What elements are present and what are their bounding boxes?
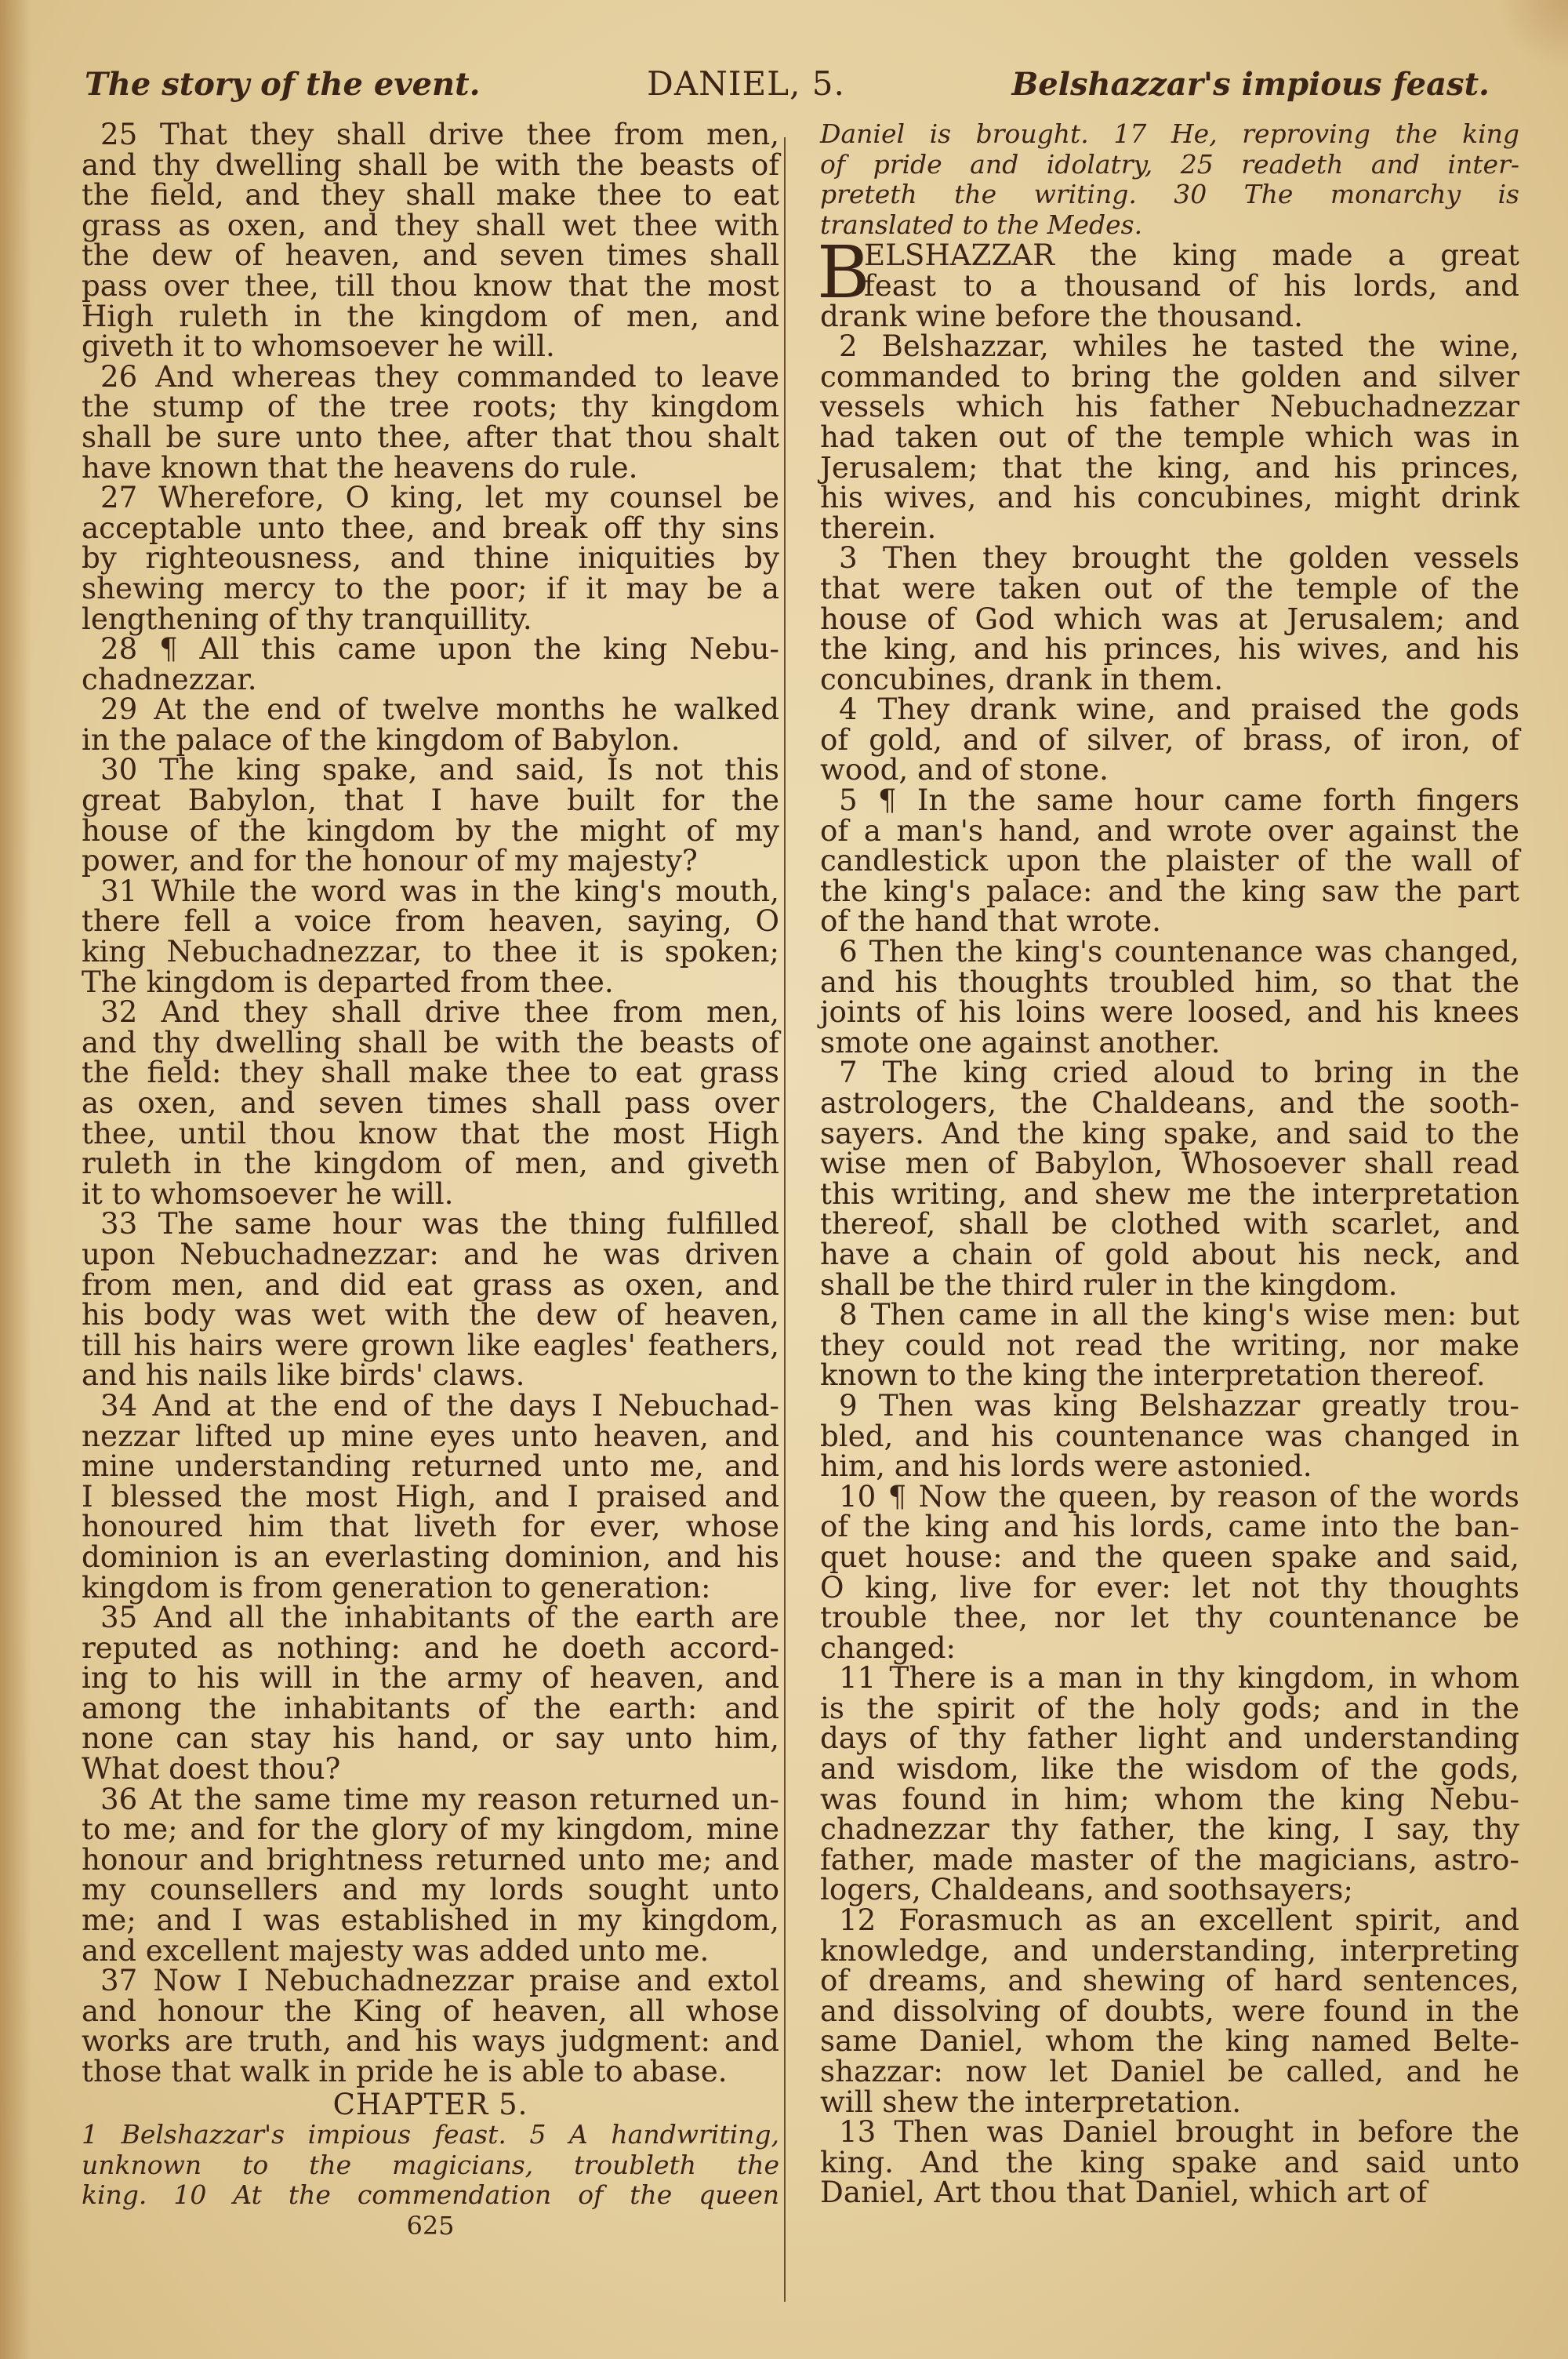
verse-line: the king, and his princes, his wives, an… [820,634,1519,664]
verse-line: have a chain of gold about his neck, and [820,1239,1519,1270]
verse-line: and thy dwelling shall be with the beast… [82,1027,779,1058]
verse-line: father, made master of the magicians, as… [820,1845,1519,1875]
verse-line: 32 And they shall drive thee from men, [82,997,779,1027]
verse-line: astrologers, the Chaldeans, and the soot… [820,1088,1519,1118]
verse-line: 12 Forasmuch as an excellent spirit, and [820,1905,1519,1936]
verse-line: 13 Then was Daniel brought in before the [820,2117,1519,2147]
verse-line: to me; and for the glory of my kingdom, … [82,1814,779,1845]
running-head: The story of the event. DANIEL, 5. Belsh… [85,64,1490,104]
verse-line: those that walk in pride he is able to a… [82,2056,779,2087]
verse-line: O king, live for ever: let not thy thoug… [820,1572,1519,1603]
column-divider [784,137,786,2302]
verse-line: High ruleth in the kingdom of men, and [82,301,779,332]
verse-line: What doest thou? [82,1754,779,1784]
verse-line: same Daniel, whom the king named Belte- [820,2026,1519,2056]
verse-line: ruleth in the kingdom of men, and giveth [82,1148,779,1179]
verse-line: was found in him; whom the king Nebu- [820,1784,1519,1815]
verse-line: nezzar lifted up mine eyes unto heaven, … [82,1421,779,1452]
verse-line: honoured him that liveth for ever, whose [82,1511,779,1542]
verse-line: of the hand that wrote. [820,906,1519,936]
verse-line: by righteousness, and thine iniquities b… [82,543,779,573]
verse-line: upon Nebuchadnezzar: and he was driven [82,1239,779,1270]
summary-line: 1 Belshazzar's impious feast. 5 A handwr… [82,2120,779,2150]
verse-line: ing to his will in the army of heaven, a… [82,1663,779,1693]
verse-line: sayers. And the king spake, and said to … [820,1118,1519,1149]
verse-line: changed: [820,1633,1519,1663]
chapter-summary-start: 1 Belshazzar's impious feast. 5 A handwr… [82,2120,779,2211]
verse-line: of the king and his lords, came into the… [820,1511,1519,1542]
verse-line: logers, Chaldeans, and soothsayers; [820,1874,1519,1905]
summary-line: king. 10 At the commendation of the quee… [82,2180,779,2211]
verse-line: 2 Belshazzar, whiles he tasted the wine, [820,331,1519,362]
verse-line: works are truth, and his ways judgment: … [82,2026,779,2056]
running-head-left: The story of the event. [85,66,481,103]
verse-line: known to the king the interpretation the… [820,1360,1519,1390]
verse-line: 8 Then came in all the king's wise men: … [820,1299,1519,1330]
bible-page: The story of the event. DANIEL, 5. Belsh… [0,0,1568,2359]
verse-line: it to whomsoever he will. [82,1179,779,1209]
verse-line: great Babylon, that I have built for the [82,785,779,816]
summary-line: unknown to the magicians, troubleth the [82,2150,779,2181]
verse-line: in the palace of the kingdom of Babylon. [82,725,779,755]
page-number: 625 [82,2211,779,2241]
verse-line: trouble thee, nor let thy countenance be [820,1602,1519,1633]
verse-line: and wisdom, like the wisdom of the gods, [820,1754,1519,1784]
left-column-text: 25 That they shall drive thee from men,a… [82,119,779,2087]
verse-line: The kingdom is departed from thee. [82,967,779,998]
verse-line: kingdom is from generation to generation… [82,1572,779,1603]
verse-line: king. And the king spake and said unto [820,2147,1519,2178]
verse-line: 11 There is a man in thy kingdom, in who… [820,1663,1519,1693]
verse-line: wood, and of stone. [820,754,1519,785]
verse-line: 25 That they shall drive thee from men, [82,119,779,150]
verse-line: giveth it to whomsoever he will. [82,331,779,362]
verse-line: shewing mercy to the poor; if it may be … [82,573,779,604]
verse-line: the dew of heaven, and seven times shall [82,240,779,271]
verse-line: him, and his lords were astonied. [820,1451,1519,1481]
verse-line: lengthening of thy tranquillity. [82,604,779,634]
verse-line: house of God which was at Jerusalem; and [820,604,1519,634]
verse-line: quet house: and the queen spake and said… [820,1542,1519,1572]
verse-line: thee, until thou know that the most High [82,1118,779,1149]
verse-line: and honour the King of heaven, all whose [82,1996,779,2026]
verse-line: Jerusalem; that the king, and his prince… [820,453,1519,483]
right-column-text: drank wine before the thousand.2 Belshaz… [820,301,1519,2208]
verse-line: 10 ¶ Now the queen, by reason of the wor… [820,1481,1519,1512]
dropcap-lines: ELSHAZZAR the king made a greatfeast to … [820,240,1519,300]
verse-line: my counsellers and my lords sought unto [82,1874,779,1905]
verse-line: chadnezzar thy father, the king, I say, … [820,1814,1519,1845]
verse-line: 4 They drank wine, and praised the gods [820,694,1519,725]
verse-line: grass as oxen, and they shall wet thee w… [82,210,779,241]
verse-line: house of the kingdom by the might of my [82,816,779,846]
verse-line: have known that the heavens do rule. [82,453,779,483]
verse-line: dominion is an everlasting dominion, and… [82,1542,779,1572]
verse-line: they could not read the writing, nor mak… [820,1330,1519,1361]
verse-line: shall be sure unto thee, after that thou… [82,422,779,453]
verse-line: knowledge, and understanding, interpreti… [820,1936,1519,1966]
verse-line: 29 At the end of twelve months he walked [82,694,779,725]
verse-line: 34 And at the end of the days I Nebuchad… [82,1390,779,1421]
running-head-book-chapter: DANIEL, 5. [647,64,845,103]
verse-line: 30 The king spake, and said, Is not this [82,754,779,785]
verse-line: me; and I was established in my kingdom, [82,1905,779,1936]
verse-line: 33 The same hour was the thing fulfilled [82,1209,779,1239]
verse-line: 35 And all the inhabitants of the earth … [82,1602,779,1633]
verse-line: the field: they shall make thee to eat g… [82,1057,779,1088]
verse-line: and his thoughts troubled him, so that t… [820,967,1519,998]
dropcap-line: ELSHAZZAR the king made a great [820,240,1519,271]
verse-line: his body was wet with the dew of heaven, [82,1299,779,1330]
verse-line: pass over thee, till thou know that the … [82,271,779,301]
verse-line: of a man's hand, and wrote over against … [820,816,1519,846]
verse-line: candlestick upon the plaister of the wal… [820,845,1519,876]
verse-line: his wives, and his concubines, might dri… [820,482,1519,513]
summary-line: of pride and idolatry, 25 readeth and in… [820,150,1519,180]
verse-line: and dissolving of doubts, were found in … [820,1996,1519,2026]
verse-line: the field, and they shall make thee to e… [82,180,779,210]
verse-line: will shew the interpretation. [820,2087,1519,2117]
summary-line: preteth the writing. 30 The monarchy is [820,180,1519,210]
verse-line: honour and brightness returned unto me; … [82,1845,779,1875]
verse-line: none can stay his hand, or say unto him, [82,1723,779,1754]
verse-line: wise men of Babylon, Whosoever shall rea… [820,1148,1519,1179]
verse-line: power, and for the honour of my majesty? [82,845,779,876]
verse-line: that were taken out of the temple of the [820,573,1519,604]
verse-line: vessels which his father Nebuchadnezzar [820,391,1519,422]
verse-line: of dreams, and shewing of hard sentences… [820,1965,1519,1996]
chapter-opening: B ELSHAZZAR the king made a greatfeast t… [820,240,1519,300]
verse-line: and his nails like birds' claws. [82,1360,779,1390]
verse-line: joints of his loins were loosed, and his… [820,997,1519,1027]
chapter-heading: CHAPTER 5. [82,2090,779,2121]
verse-line: 6 Then the king's countenance was change… [820,936,1519,967]
verse-line: king Nebuchadnezzar, to thee it is spoke… [82,936,779,967]
verse-line: Daniel, Art thou that Daniel, which art … [820,2177,1519,2208]
verse-line: is the spirit of the holy gods; and in t… [820,1693,1519,1724]
right-column: Daniel is brought. 17 He, reproving the … [820,119,1519,2208]
paper-stain [1497,0,1568,71]
verse-line: reputed as nothing: and he doeth accord- [82,1633,779,1663]
verse-line: 37 Now I Nebuchadnezzar praise and extol [82,1965,779,1996]
chapter-summary-continued: Daniel is brought. 17 He, reproving the … [820,119,1519,240]
dropcap-line: feast to a thousand of his lords, and [820,271,1519,301]
summary-line: translated to the Medes. [820,210,1519,241]
verse-line: 26 And whereas they commanded to leave [82,362,779,392]
verse-line: 3 Then they brought the golden vessels [820,543,1519,573]
verse-line: this writing, and shew me the interpreta… [820,1179,1519,1209]
drop-cap: B [817,242,870,304]
running-head-right: Belshazzar's impious feast. [1012,66,1490,103]
verse-line: 5 ¶ In the same hour came forth fingers [820,785,1519,816]
verse-line: 9 Then was king Belshazzar greatly trou- [820,1390,1519,1421]
verse-line: days of thy father light and understandi… [820,1723,1519,1754]
verse-line: 28 ¶ All this came upon the king Nebu- [82,634,779,664]
left-column: 25 That they shall drive thee from men,a… [82,119,779,2241]
verse-line: and excellent majesty was added unto me. [82,1936,779,1966]
verse-line: mine understanding returned unto me, and [82,1451,779,1481]
verse-line: smote one against another. [820,1027,1519,1058]
verse-line: 7 The king cried aloud to bring in the [820,1057,1519,1088]
verse-line: there fell a voice from heaven, saying, … [82,906,779,936]
verse-line: therein. [820,513,1519,543]
verse-line: concubines, drank in them. [820,664,1519,695]
verse-line: of gold, and of silver, of brass, of iro… [820,725,1519,755]
verse-line: till his hairs were grown like eagles' f… [82,1330,779,1361]
verse-line: shall be the third ruler in the kingdom. [820,1270,1519,1300]
verse-line: 36 At the same time my reason returned u… [82,1784,779,1815]
summary-line: Daniel is brought. 17 He, reproving the … [820,119,1519,150]
verse-line: among the inhabitants of the earth: and [82,1693,779,1724]
verse-line: thereof, shall be clothed with scarlet, … [820,1209,1519,1239]
verse-line: 27 Wherefore, O king, let my counsel be [82,482,779,513]
verse-line: and thy dwelling shall be with the beast… [82,150,779,180]
verse-line: bled, and his countenance was changed in [820,1421,1519,1452]
verse-line: as oxen, and seven times shall pass over [82,1088,779,1118]
verse-line: chadnezzar. [82,664,779,695]
verse-line: drank wine before the thousand. [820,301,1519,332]
verse-line: shazzar: now let Daniel be called, and h… [820,2056,1519,2087]
verse-line: the king's palace: and the king saw the … [820,876,1519,907]
verse-line: the stump of the tree roots; thy kingdom [82,391,779,422]
verse-line: I blessed the most High, and I praised a… [82,1481,779,1512]
verse-line: acceptable unto thee, and break off thy … [82,513,779,543]
verse-line: 31 While the word was in the king's mout… [82,876,779,907]
verse-line: from men, and did eat grass as oxen, and [82,1270,779,1300]
verse-line: had taken out of the temple which was in [820,422,1519,453]
verse-line: commanded to bring the golden and silver [820,362,1519,392]
